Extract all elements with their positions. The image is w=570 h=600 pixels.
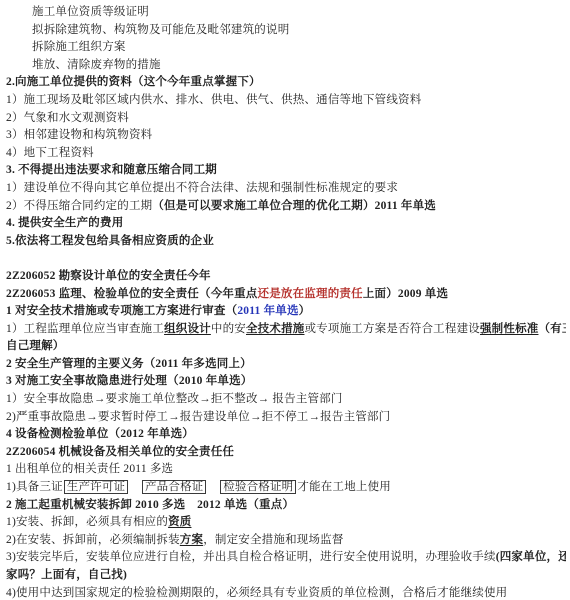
document-line: 3）相邻建设物和构筑物资料: [6, 127, 566, 145]
text-segment: 全技术措施: [246, 323, 305, 335]
text-segment: (四家单位，还记那四: [496, 551, 566, 563]
text-segment: 2Z206053 监理、检验单位的安全责任（今年重点: [6, 288, 258, 300]
text-segment: （但是可以要求施工单位合理的优化工期）2011 年单选: [152, 200, 436, 212]
text-segment: 3）相邻建设物和构筑物资料: [6, 129, 152, 141]
text-segment: 1）工程监理单位应当审查施工: [6, 323, 164, 335]
text-segment: 方案: [180, 534, 203, 546]
text-segment: 自己理解）: [6, 340, 65, 352]
text-segment: 拆除施工组织方案: [32, 41, 126, 53]
text-segment: 组织设计: [164, 323, 211, 335]
text-segment: 强制性标准: [480, 323, 539, 335]
text-segment: 4. 提供安全生产的费用: [6, 217, 123, 229]
text-segment: 3 对施工安全事故隐患进行处理（2010 年单选）: [6, 375, 253, 387]
text-segment: 2Z206054 机械设备及相关单位的安全责任任: [6, 446, 234, 458]
document-line: 2 施工起重机械安装拆卸 2010 多选 2012 单选（重点）: [6, 497, 566, 515]
document-line: 堆放、清除废弃物的措施: [6, 57, 566, 75]
text-segment: 施工单位资质等级证明: [32, 6, 149, 18]
document-line: 1）工程监理单位应当审查施工组织设计中的安全技术措施或专项施工方案是否符合工程建…: [6, 321, 566, 339]
document-line: 4. 提供安全生产的费用: [6, 215, 566, 233]
document-line: 2Z206053 监理、检验单位的安全责任（今年重点还是放在监理的责任上面）20…: [6, 286, 566, 304]
document-line: 3)安装完毕后，安装单位应进行自检，并出具自检合格证明，进行安全使用说明，办理验…: [6, 549, 566, 567]
text-segment: 或专项施工方案是否符合工程建设: [304, 323, 480, 335]
document-line: 4 设备检测检验单位（2012 年单选）: [6, 426, 566, 444]
text-segment: 4)使用中达到国家规定的检验检测期限的，必须经具有专业资质的单位检测，合格后才能…: [6, 587, 507, 599]
document-line: 5.依法将工程发包给具备相应资质的企业: [6, 233, 566, 251]
text-segment: 3)安装完毕后，安装单位应进行自检，并出具自检合格证明，进行安全使用说明，办理验…: [6, 551, 496, 563]
text-segment: 2）气象和水文观测资料: [6, 112, 129, 124]
text-segment: [129, 481, 141, 493]
document-line: 1)安装、拆卸，必须具有相应的资质: [6, 514, 566, 532]
document-line: 2）不得压缩合同约定的工期（但是可以要求施工单位合理的优化工期）2011 年单选: [6, 198, 566, 216]
document-line: 自己理解）: [6, 338, 566, 356]
document-line: 1）施工现场及毗邻区域内供水、排水、供电、供气、供热、通信等地下管线资料: [6, 92, 566, 110]
text-segment: 1）施工现场及毗邻区域内供水、排水、供电、供气、供热、通信等地下管线资料: [6, 94, 421, 106]
document-line: 2Z206054 机械设备及相关单位的安全责任任: [6, 444, 566, 462]
text-segment: 2.向施工单位提供的资料（这个今年重点掌握下）: [6, 76, 261, 88]
text-segment: 才能在工地上使用: [297, 481, 391, 493]
text-segment: 4）地下工程资料: [6, 147, 94, 159]
document-line: 拟拆除建筑物、构筑物及可能危及毗邻建筑的说明: [6, 22, 566, 40]
text-segment: 4 设备检测检验单位（2012 年单选）: [6, 428, 194, 440]
text-segment: 家吗？上面有，自己找): [6, 569, 127, 581]
text-segment: 中的安: [211, 323, 246, 335]
text-segment: 2 安全生产管理的主要义务（2011 年多选同上）: [6, 358, 252, 370]
document-line: 1)具备三证生产许可证 产品合格证 检验合格证明才能在工地上使用: [6, 479, 566, 497]
document-line: 4)使用中达到国家规定的检验检测期限的，必须经具有专业资质的单位检测，合格后才能…: [6, 585, 566, 600]
text-segment: ，制定安全措施和现场监督: [203, 534, 343, 546]
boxed-term: 产品合格证: [142, 480, 207, 494]
document-line: 拆除施工组织方案: [6, 39, 566, 57]
text-segment: 上面）2009 单选: [363, 288, 448, 300]
document-line: 2）气象和水文观测资料: [6, 110, 566, 128]
document-line: 2)在安装、拆卸前，必须编制拆装方案，制定安全措施和现场监督: [6, 532, 566, 550]
boxed-term: 检验合格证明: [220, 480, 296, 494]
text-segment: 1)安装、拆卸，必须具有相应的: [6, 516, 168, 528]
document-line: 4）地下工程资料: [6, 145, 566, 163]
scanned-notes-document: 施工单位资质等级证明拟拆除建筑物、构筑物及可能危及毗邻建筑的说明拆除施工组织方案…: [0, 0, 570, 600]
document-line: 1）安全事故隐患→要求施工单位整改→拒不整改→ 报告主管部门: [6, 391, 566, 409]
text-segment: 2）不得压缩合同约定的工期: [6, 200, 152, 212]
document-line: 2Z206052 勘察设计单位的安全责任今年: [6, 268, 566, 286]
text-segment: 1)具备三证: [6, 481, 63, 493]
document-line: 2 安全生产管理的主要义务（2011 年多选同上）: [6, 356, 566, 374]
text-segment: 2 施工起重机械安装拆卸 2010 多选 2012 单选（重点）: [6, 499, 294, 511]
text-segment: 拟拆除建筑物、构筑物及可能危及毗邻建筑的说明: [32, 24, 289, 36]
text-segment: 1）安全事故隐患→要求施工单位整改→拒不整改→ 报告主管部门: [6, 393, 343, 405]
text-segment: 2Z206052 勘察设计单位的安全责任今年: [6, 270, 211, 282]
text-segment: 1）建设单位不得向其它单位提出不符合法律、法规和强制性标准规定的要求: [6, 182, 398, 194]
document-line: 1 出租单位的相关责任 2011 多选: [6, 461, 566, 479]
document-line: [6, 250, 566, 268]
text-segment: 资质: [168, 516, 191, 528]
document-line: 3. 不得提出违法要求和随意压缩合同工期: [6, 162, 566, 180]
text-segment: 1 出租单位的相关责任 2011 多选: [6, 463, 173, 475]
document-line: 施工单位资质等级证明: [6, 4, 566, 22]
text-segment: 3. 不得提出违法要求和随意压缩合同工期: [6, 164, 217, 176]
text-segment: 2011 年单选: [237, 305, 298, 317]
document-line: 3 对施工安全事故隐患进行处理（2010 年单选）: [6, 373, 566, 391]
boxed-term: 生产许可证: [64, 480, 129, 494]
text-segment: 堆放、清除废弃物的措施: [32, 59, 161, 71]
text-segment: ）: [299, 305, 311, 317]
text-segment: 还是放在监理的责任: [258, 288, 363, 300]
document-line: 2.向施工单位提供的资料（这个今年重点掌握下）: [6, 74, 566, 92]
text-segment: （有三种考法: [538, 323, 566, 335]
text-segment: 2)在安装、拆卸前，必须编制拆装: [6, 534, 180, 546]
document-line: 1）建设单位不得向其它单位提出不符合法律、法规和强制性标准规定的要求: [6, 180, 566, 198]
text-segment: 5.依法将工程发包给具备相应资质的企业: [6, 235, 214, 247]
text-segment: 2)严重事故隐患→要求暂时停工→报告建设单位→拒不停工→报告主管部门: [6, 411, 390, 423]
text-segment: [207, 481, 219, 493]
document-line: 1 对安全技术措施或专项施工方案进行审查（2011 年单选）: [6, 303, 566, 321]
document-line: 家吗？上面有，自己找): [6, 567, 566, 585]
document-line: 2)严重事故隐患→要求暂时停工→报告建设单位→拒不停工→报告主管部门: [6, 409, 566, 427]
text-segment: 1 对安全技术措施或专项施工方案进行审查（: [6, 305, 237, 317]
